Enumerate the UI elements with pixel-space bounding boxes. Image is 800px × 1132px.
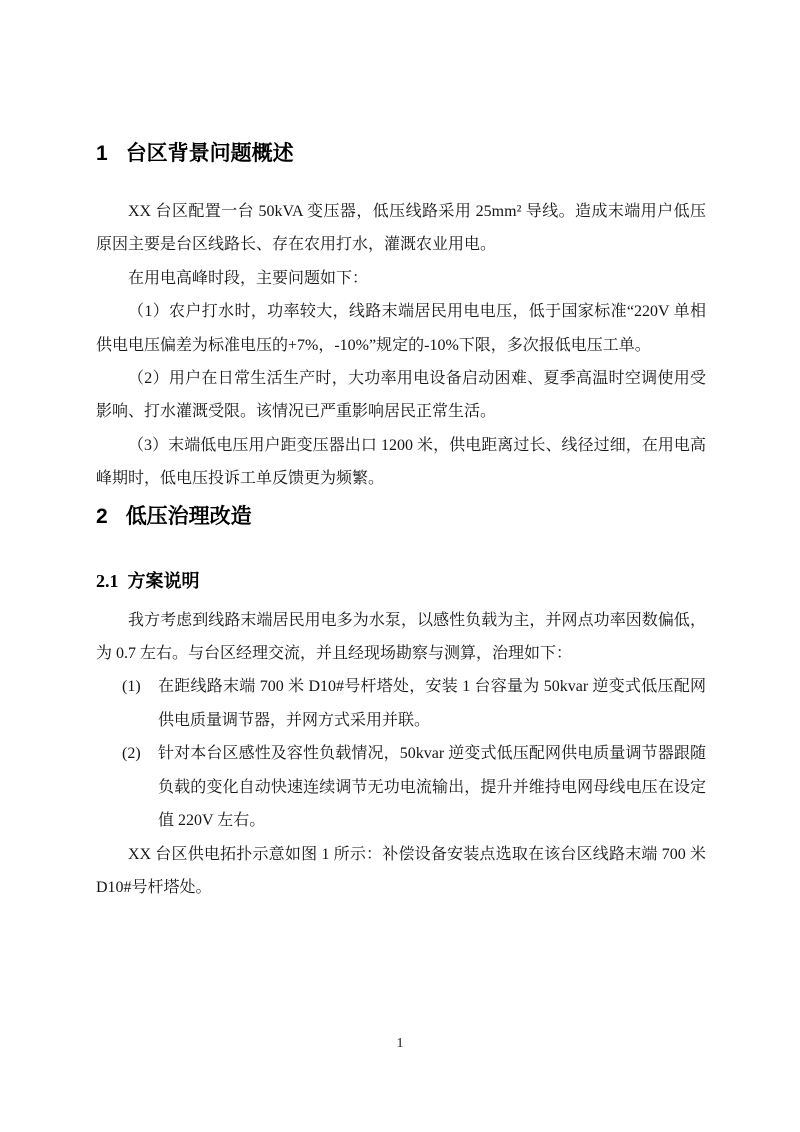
paragraph-topology: XX 台区供电拓扑示意如图 1 所示：补偿设备安装点选取在该台区线路末端 700… <box>96 838 706 905</box>
list-item-1-number: (1) <box>122 670 158 737</box>
document-page: 1台区背景问题概述 XX 台区配置一台 50kVA 变压器，低压线路采用 25m… <box>0 0 800 1132</box>
paragraph-plan-intro: 我方考虑到线路末端居民用电多为水泵，以感性负载为主，并网点功率因数偏低，为 0.… <box>96 604 706 671</box>
paragraph-problem-1: （1）农户打水时，功率较大，线路末端居民用电电压，低于国家标准“220V 单相供… <box>96 295 706 362</box>
list-item-1-text: 在距线路末端 700 米 D10#号杆塔处，安装 1 台容量为 50kvar 逆… <box>158 670 706 737</box>
paragraph-problem-2: （2）用户在日常生活生产时，大功率用电设备启动困难、夏季高温时空调使用受影响、打… <box>96 362 706 429</box>
section-1-title: 台区背景问题概述 <box>126 142 294 165</box>
paragraph-problem-3: （3）末端低电压用户距变压器出口 1200 米，供电距离过长、线径过细，在用电高… <box>96 429 706 496</box>
subsection-2-1-number: 2.1 <box>96 571 119 591</box>
subsection-2-1-heading: 2.1方案说明 <box>96 570 706 592</box>
page-number: 1 <box>0 1034 800 1054</box>
subsection-2-1-title: 方案说明 <box>128 571 200 591</box>
list-item-2-text: 针对本台区感性及容性负载情况，50kvar 逆变式低压配网供电质量调节器跟随负载… <box>158 737 706 837</box>
list-item-1: (1) 在距线路末端 700 米 D10#号杆塔处，安装 1 台容量为 50kv… <box>96 670 706 737</box>
paragraph-peak-intro: 在用电高峰时段，主要问题如下： <box>96 262 706 295</box>
paragraph-area-overview: XX 台区配置一台 50kVA 变压器，低压线路采用 25mm² 导线。造成末端… <box>96 195 706 262</box>
section-2-number: 2 <box>96 505 108 528</box>
section-1-number: 1 <box>96 142 108 165</box>
list-item-2-number: (2) <box>122 737 158 837</box>
section-2-title: 低压治理改造 <box>126 505 252 528</box>
list-item-2: (2) 针对本台区感性及容性负载情况，50kvar 逆变式低压配网供电质量调节器… <box>96 737 706 837</box>
section-1-heading: 1台区背景问题概述 <box>96 141 706 167</box>
section-2-heading: 2低压治理改造 <box>96 504 706 530</box>
